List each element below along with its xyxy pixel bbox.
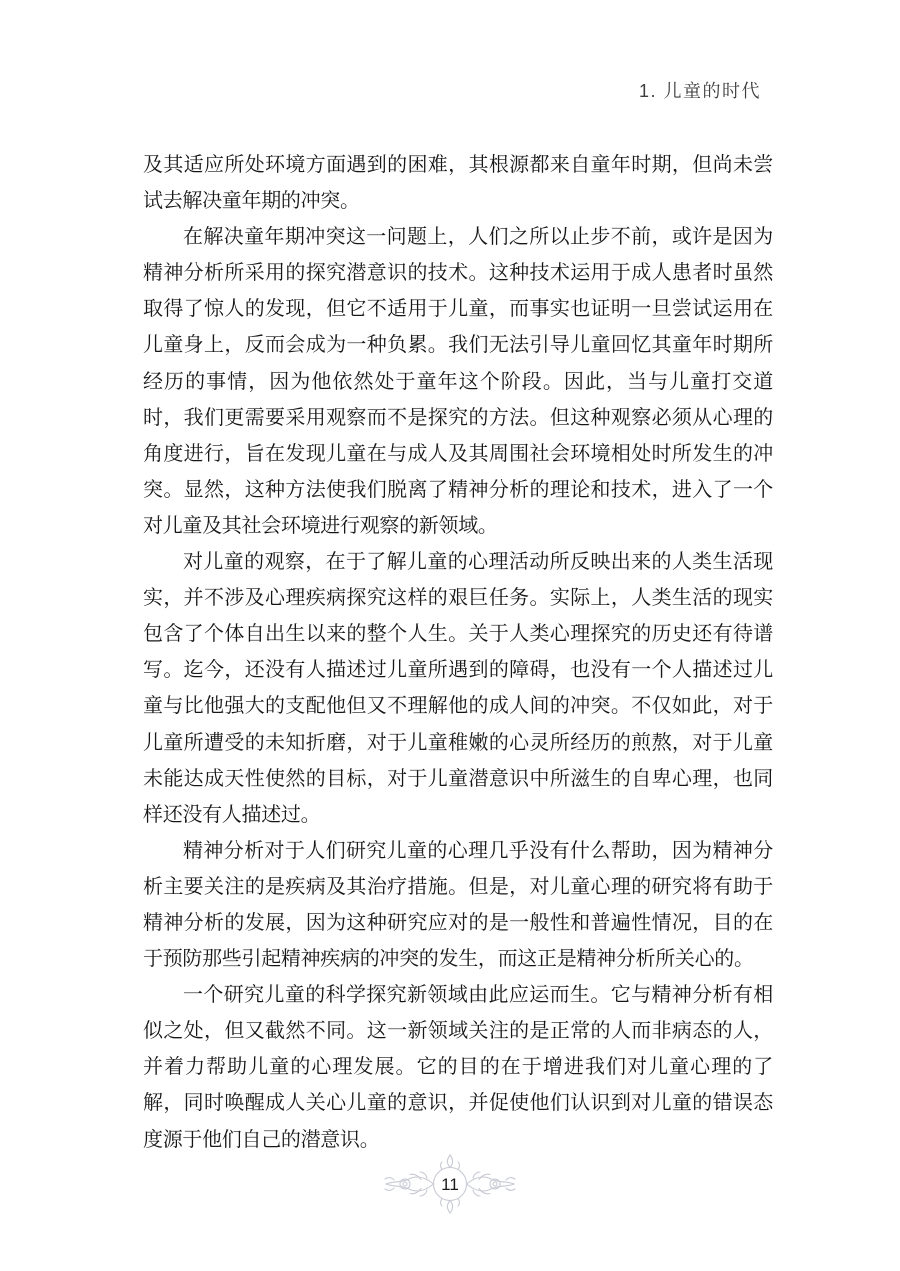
paragraph-continuation: 及其适应所处环境方面遇到的困难，其根源都来自童年时期，但尚未尝试去解决童年期的冲… <box>143 147 773 219</box>
paragraph: 一个研究儿童的科学探究新领域由此应运而生。它与精神分析有相似之处，但又截然不同。… <box>143 977 773 1157</box>
paragraph: 在解决童年期冲突这一问题上，人们之所以止步不前，或许是因为精神分析所采用的探究潜… <box>143 219 773 544</box>
body-text: 及其适应所处环境方面遇到的困难，其根源都来自童年时期，但尚未尝试去解决童年期的冲… <box>143 147 773 1158</box>
page-number-ornament: 11 <box>380 1152 520 1218</box>
book-page: 1. 儿童的时代 及其适应所处环境方面遇到的困难，其根源都来自童年时期，但尚未尝… <box>0 0 900 1271</box>
page-footer: 11 <box>0 1152 900 1218</box>
paragraph: 精神分析对于人们研究儿童的心理几乎没有什么帮助，因为精神分析主要关注的是疾病及其… <box>143 833 773 977</box>
running-header: 1. 儿童的时代 <box>639 80 761 102</box>
paragraph: 对儿童的观察，在于了解儿童的心理活动所反映出来的人类生活现实，并不涉及心理疾病探… <box>143 544 773 833</box>
page-number: 11 <box>380 1176 520 1193</box>
